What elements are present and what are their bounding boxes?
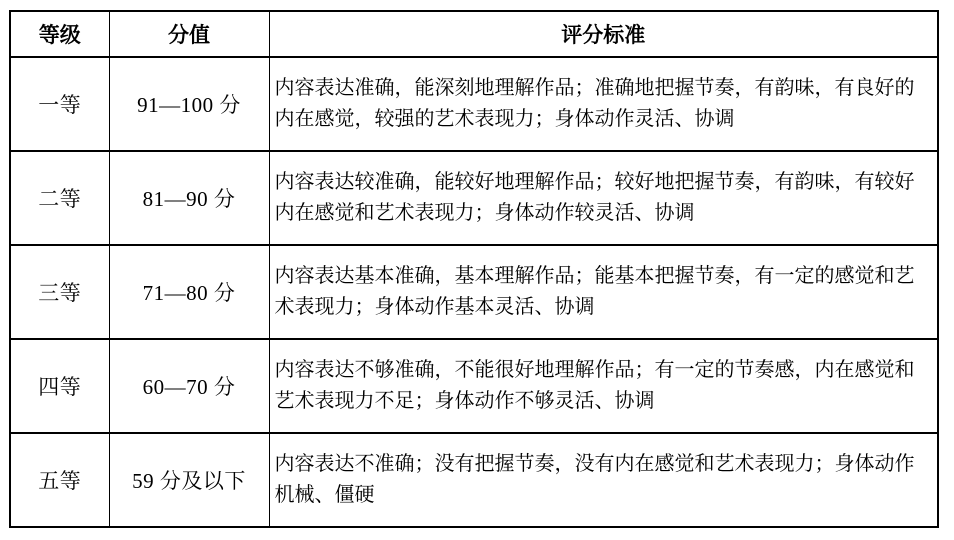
header-score: 分值 — [109, 11, 269, 57]
score-cell: 60—70 分 — [109, 339, 269, 433]
criteria-cell: 内容表达准确，能深刻地理解作品；准确地把握节奏，有韵味，有良好的内在感觉，较强的… — [269, 57, 938, 151]
grade-cell: 三等 — [10, 245, 109, 339]
header-criteria: 评分标准 — [269, 11, 938, 57]
table-header-row: 等级 分值 评分标准 — [10, 11, 938, 57]
grade-cell: 一等 — [10, 57, 109, 151]
criteria-cell: 内容表达不够准确，不能很好地理解作品；有一定的节奏感，内在感觉和艺术表现力不足；… — [269, 339, 938, 433]
criteria-cell: 内容表达不准确；没有把握节奏，没有内在感觉和艺术表现力；身体动作机械、僵硬 — [269, 433, 938, 527]
table-row: 一等 91—100 分 内容表达准确，能深刻地理解作品；准确地把握节奏，有韵味，… — [10, 57, 938, 151]
score-cell: 71—80 分 — [109, 245, 269, 339]
score-cell: 59 分及以下 — [109, 433, 269, 527]
table-row: 五等 59 分及以下 内容表达不准确；没有把握节奏，没有内在感觉和艺术表现力；身… — [10, 433, 938, 527]
score-cell: 91—100 分 — [109, 57, 269, 151]
table-row: 四等 60—70 分 内容表达不够准确，不能很好地理解作品；有一定的节奏感，内在… — [10, 339, 938, 433]
criteria-cell: 内容表达基本准确，基本理解作品；能基本把握节奏，有一定的感觉和艺术表现力；身体动… — [269, 245, 938, 339]
grade-cell: 五等 — [10, 433, 109, 527]
grade-cell: 二等 — [10, 151, 109, 245]
header-grade: 等级 — [10, 11, 109, 57]
table-row: 三等 71—80 分 内容表达基本准确，基本理解作品；能基本把握节奏，有一定的感… — [10, 245, 938, 339]
criteria-cell: 内容表达较准确，能较好地理解作品；较好地把握节奏，有韵味，有较好内在感觉和艺术表… — [269, 151, 938, 245]
table-row: 二等 81—90 分 内容表达较准确，能较好地理解作品；较好地把握节奏，有韵味，… — [10, 151, 938, 245]
grading-rubric-table: 等级 分值 评分标准 一等 91—100 分 内容表达准确，能深刻地理解作品；准… — [9, 10, 939, 528]
score-cell: 81—90 分 — [109, 151, 269, 245]
grade-cell: 四等 — [10, 339, 109, 433]
document-page: 等级 分值 评分标准 一等 91—100 分 内容表达准确，能深刻地理解作品；准… — [0, 0, 954, 540]
